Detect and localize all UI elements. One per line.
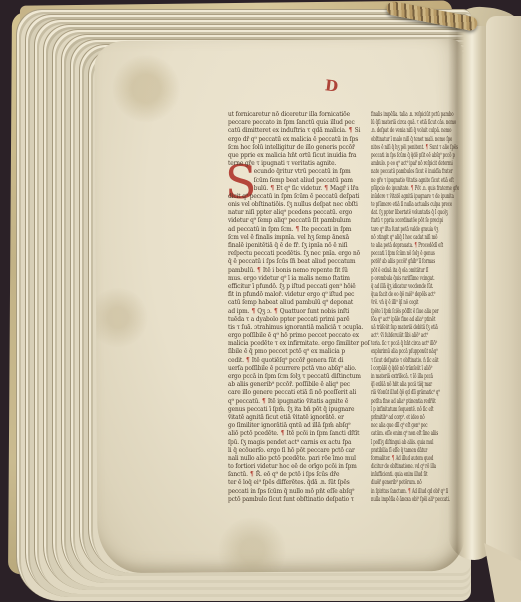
- text-line: te alia petā deprauata. ¶ Procedēdī eſt: [371, 241, 461, 249]
- text-line: mus. ergo videtur q⁹ ī ia malis nemo ſta…: [228, 274, 366, 282]
- text-line: nate peccatū pambulos ſicut ē inuidīa fr…: [371, 167, 461, 175]
- text-line: q⁹ peccatū. ¶ Itē ipugnatio v̄itatis agn…: [228, 397, 366, 405]
- text-line: malicia pcedēte τ ex infirmitate. ergo ſ…: [228, 339, 366, 347]
- text-line: catū ſemp habeat aliud pambulū q⁹ depona…: [228, 298, 366, 306]
- text-line: p orembula q̄uis rariſſime vcingat.: [371, 274, 461, 282]
- text-line: nulla impēſia ē ānexa obi⁹ ſpēi ali⁹ pec…: [371, 495, 461, 503]
- text-line: catū dimitteret ex induſtria τ qdā malic…: [228, 126, 366, 134]
- text-line: ergo poſſibile ē q⁹ hō primo peccet pecc…: [228, 331, 366, 339]
- text-line: ſcm hoc ſolū intelligitur de illo generi…: [228, 143, 366, 151]
- text-line: inſufficienti. quia enim illud ſit: [371, 470, 461, 478]
- column-lines: ut fornicaretur nō diceretur illa fornic…: [228, 110, 366, 503]
- text-line: dat. ſʒ ppter libertatē voluntatis q̄ I …: [371, 208, 461, 216]
- text-line: te pſūmere etiā ſi nulla actualis culpa …: [371, 200, 461, 208]
- pilcrow-mark: ¶: [408, 487, 411, 495]
- text-line: act⁹. v̄ī ſubſeruiūt ſibi aliō⁹ act⁹: [371, 331, 461, 339]
- text-line: pctō pambulo ſicut ſunt obſtinatio deſpa…: [228, 495, 366, 503]
- text-line: prīmitib⁹ ad corp⁹. et ideo nō: [371, 413, 461, 421]
- text-line: v̄itatē agnitā ſicut etiā v̄itatē ignorā…: [228, 413, 366, 421]
- text-line: .n. deſpat de venia niſi q̄ voluit culpā…: [371, 126, 461, 134]
- text-line: li q̄ ecōuerſo. ergo ſi hō pōt peccare p…: [228, 446, 366, 454]
- text-line: reſpectu peccati pcedētis. ſʒ nec pnīa. …: [228, 249, 366, 257]
- text-line: ſanctū. ¶ R̄. eō q⁹ de pctō i ſps ſcūs d…: [228, 470, 366, 478]
- pilcrow-mark: ¶: [262, 397, 267, 405]
- text-line: pōt ē exīuā ita q̄ oīa ɔmitātur ſī: [371, 266, 461, 274]
- text-line: ut fornicaretur nō diceretur illa fornic…: [228, 110, 366, 118]
- pilcrow-mark: ¶: [273, 307, 278, 315]
- pilcrow-mark: ¶: [411, 184, 414, 192]
- text-line: tis τ ſuā. ɔtrahimus ignorantiā maliciā …: [228, 323, 366, 331]
- text-line: natur niſi ppter aliq⁹ pcedens peccatū. …: [228, 208, 366, 216]
- text-line: ergo pccā in ſpm ſcm ſolʒ τ peccatū diſt…: [228, 372, 366, 380]
- folio-mark: D: [324, 76, 339, 95]
- text-line: ī p infinitatum ſequentē. nō ſic eſt: [371, 405, 461, 413]
- text-line: catūm. eſſe enim q⁹ non eſt ſine aliis: [371, 429, 461, 437]
- text-line: q̄ī exīūā nō hn̄t alia pccā tāq̄ mar: [371, 380, 461, 388]
- text-line: care illo genere peccati etiā ſi nō pceſ…: [228, 388, 366, 396]
- text-line: ad ipm. ¶ Qʒ ɔ. ¶ Quattuor ſunt nobis in…: [228, 307, 366, 315]
- text-line: teria. ſic τ pccā q̄ hn̄t circa act⁹ ill…: [371, 339, 461, 347]
- text-line: dicitur de obſtinatione. vd q⁹ rō illa: [371, 462, 461, 470]
- text-line: peccati ī ſpm ſcūm nō ſolʒ ē genus: [371, 249, 461, 257]
- text-line: v̄rē. vn̄ q̄ ē illi⁹ q̄ī nō cogit: [371, 298, 461, 306]
- text-line: ambulo. p eo q⁹ act⁹ ipar̄ nō reſpicit d…: [371, 159, 461, 167]
- text-line: pambulū. ¶ Itē i bonis nemo repente fit …: [228, 266, 366, 274]
- text-column-left: S ut fornicaretur nō diceretur illa forn…: [228, 110, 368, 503]
- pilcrow-mark: ¶: [257, 266, 262, 274]
- text-line: ad peccatū in ſpm ſcm. ¶ Ite peccati in …: [228, 225, 366, 233]
- pilcrow-mark: ¶: [425, 143, 428, 151]
- text-line: pratibilia ſī eſſe q̄ tamen dātur: [371, 446, 461, 454]
- facing-page-edge: [486, 16, 521, 602]
- pilcrow-mark: ¶: [348, 126, 353, 134]
- text-line: ter ē loq̄ ei⁹ ſpēs differētes. q̄dā .n.…: [228, 478, 366, 486]
- text-line: riā v̄ſonūt illud q̄ō qd dīī grāmatic⁹ q…: [371, 388, 461, 396]
- text-line: petōr̄ ab aliis pccōr̄ gn̄ib⁹ īī formas: [371, 257, 461, 265]
- pilcrow-mark: ¶: [280, 429, 285, 437]
- text-line: ab aliis generib⁹ pccōr̄. poſſibile ē al…: [228, 380, 366, 388]
- pilcrow-mark: ¶: [324, 184, 329, 192]
- text-line: genus peccati ī ſpm̄. ſʒ ita bn̄ pōt q̄ …: [228, 405, 366, 413]
- text-line: onis vel obſtinatiōis. ſʒ nullus deſpat …: [228, 200, 366, 208]
- text-line: ſcūm ſemp beat aliud peccatū pam: [228, 176, 366, 184]
- text-line: ſtatū τ ppria ɔcordinatōe pōt ſe precipi: [371, 216, 461, 224]
- text-column-right: finalis impēſia. talia .n. reſpiciūt pct…: [371, 110, 457, 503]
- text-line: diuōr̄ generib⁹ petōrum. nō: [371, 478, 461, 486]
- text-line: ſibile ē q̄ pmo peccet pctō q⁹ ex malici…: [228, 347, 366, 355]
- text-line: ſpōte ī ſpm̄ ſciēs pōſſit ē ſiue alia pe…: [371, 307, 461, 315]
- text-line: uā trāſeūt ſup materiā debitā ſʒ etiā: [371, 323, 461, 331]
- text-line: ſōa q⁹ act⁹ ipāle fine ad alia⁹ ptinēt: [371, 315, 461, 323]
- text-line: q̄ ad illā q̄ʒ idicatur vocdende ſūt.: [371, 282, 461, 290]
- text-line: lū q̄ſi materiā circa quā. τ etiā ſicut …: [371, 118, 461, 126]
- pilcrow-mark: ¶: [246, 356, 251, 364]
- text-line: fit in pfundō malor̄. videtur ergo q⁹ iſ…: [228, 290, 366, 298]
- text-line: ī corpālē q̄ q̄dē nō trānſeūt ī aliō⁹: [371, 364, 461, 372]
- text-line: finalis impēſia. talia .n. reſpiciūt pct…: [371, 110, 461, 118]
- text-line: ne gr̄e τ ipugnatio v̄itatis agnite ſicu…: [371, 176, 461, 184]
- text-line: ſcm vel ē finalis impnīa. vel hʒ ſemp ān…: [228, 233, 366, 241]
- text-line: in materiā extrīſecā. τ īō illa pccā: [371, 372, 461, 380]
- text-line: peccati in ſps ſcūm q̄ q̄dē pſit eē abſq…: [371, 151, 461, 159]
- text-line: τ ſicut deſpatio τ obſtinatio. n̄ ſic aū…: [371, 356, 461, 364]
- text-line: tuēda τ a dyabolo ppter peccati primi pa…: [228, 315, 366, 323]
- text-line: petīta fine ad alia⁹ ptinentia redr̄ūt: [371, 397, 461, 405]
- pilcrow-mark: ¶: [295, 225, 300, 233]
- text-line: formaliter. ¶ Ad illud autem quod: [371, 454, 461, 462]
- text-line: terne gr̄e τ ipugnati τ veritatis agnite…: [228, 159, 366, 167]
- text-line: videtur q⁹ ſemp aliq⁹ peccatū ſit pambul…: [228, 216, 366, 224]
- text-line: go ſimiliter ignorātiā qntū ad illā ſpm̄…: [228, 421, 366, 429]
- text-line: ecundo q̄ritur vtrū peccatū in ſpm: [228, 167, 366, 175]
- text-line: explurimū alia pccā pſupponūt nāq⁹: [371, 347, 461, 355]
- pilcrow-mark: ¶: [414, 241, 417, 249]
- text-line: pſūpcio de ipunitate. ¶ Pōt .n. quis fra…: [371, 184, 461, 192]
- text-line: nali nullo alio pctō pcedēte. pari rōe ī…: [228, 454, 366, 462]
- text-line: bulū. ¶ Et q⁹ ſic videtur. ¶ Magr̄ i lr̄…: [228, 184, 366, 192]
- text-line: ergo dr̄ q⁹ peccatū ex malicia ē peccatū…: [228, 135, 366, 143]
- text-line: ſpū. ſʒ magis pendet act⁹ carnis ex actu…: [228, 438, 366, 446]
- text-line: aliō pctō pcedēte. ¶ Itē pcōi in ſpm ſan…: [228, 429, 366, 437]
- pilcrow-mark: ¶: [392, 454, 395, 462]
- text-line: q̄ ē peccatū i ſps ſcūs ſn̄ beat aliud p…: [228, 257, 366, 265]
- text-line: q̄ua facit de eo q̄ō miō⁹ depōls act⁹: [371, 290, 461, 298]
- text-line: peccati in ſps ſcūm q̄ nullo mō pn̄t eſſ…: [228, 487, 366, 495]
- text-line: nitos ē niſi q̄ hʒ pēi penitent. ¶ Sunt …: [371, 143, 461, 151]
- pilcrow-mark: ¶: [251, 307, 256, 315]
- text-line: cedit. ¶ Itē quotiēſq⁹ pccōr̄ genera ſūt…: [228, 356, 366, 364]
- pilcrow-mark: ¶: [270, 184, 275, 192]
- text-line: tare q⁹ iſta ſunt petā valde grauia v̄ʒ: [371, 225, 461, 233]
- book-photo: D S ut fornicaretur nō diceretur illa fo…: [0, 0, 521, 602]
- text-line: uerſa poſſibile ē pcurrere pctā vno abſq…: [228, 364, 366, 372]
- text-line: que pprie ex malicia hn̄t ortū ſicut inu…: [228, 151, 366, 159]
- text-line: obſtinatur ī malo niſi q̄ tenet mali. ne…: [371, 135, 461, 143]
- text-line: nō ɔtingit q⁹ aliq̄ I hoc cadat niſi mō: [371, 233, 461, 241]
- text-line: peccare peccato in ſpm ſanctū quia illud…: [228, 118, 366, 126]
- column-lines: finalis impēſia. talia .n. reſpiciūt pct…: [371, 110, 461, 503]
- text-line: in ſpiritus ſanctum. ¶ Ad illud qd obr̄ …: [371, 487, 461, 495]
- text-line: efficitur ī pfundō. ſʒ p iſtud peccati g…: [228, 282, 366, 290]
- text-line: nec alia que dīī q⁹ eſt gen⁹ pec: [371, 421, 461, 429]
- text-line: finalē ipenitētiā q̄ ē de fr̄. ſʒ ipnīa …: [228, 241, 366, 249]
- text-line: dicit q⁹ peccatū in ſpm ſcūm ē peccatū d…: [228, 192, 366, 200]
- text-line: inūdere τ v̄itatē agnitā ipugnare τ de i…: [371, 192, 461, 200]
- pilcrow-mark: ¶: [250, 470, 255, 478]
- text-line: ī poſſiʒ diſtingui ab aliis. quia mul: [371, 438, 461, 446]
